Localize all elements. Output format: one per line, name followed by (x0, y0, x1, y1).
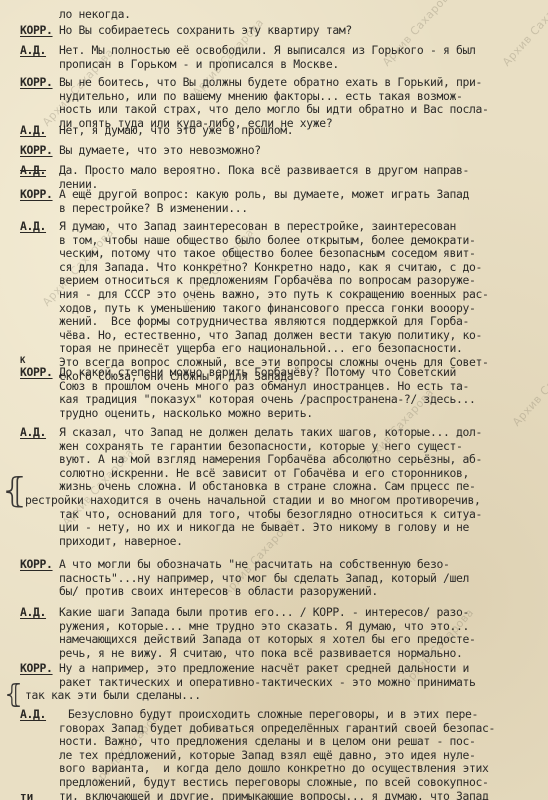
entry-text: А что могли бы обозначать "не расчитать … (59, 558, 540, 599)
entry-text: Нет, я думаю, что это уже в прошлом. (59, 124, 540, 138)
transcript-entry: КОРР. До какой степени можно верить Горб… (20, 366, 540, 420)
transcript-entry: А.Д. Я думаю, что Запад заинтересован в … (20, 220, 540, 383)
transcript-entry: А.Д. Какие шаги Запада были против его..… (20, 606, 540, 660)
entry-text: Я сказал, что Запад не должен делать так… (59, 426, 540, 548)
speaker-label: А.Д. (20, 708, 46, 722)
entry-text: А ещё другой вопрос: какую роль, вы дума… (59, 188, 540, 215)
speaker-label: КОРР. (20, 662, 53, 676)
entry-text: До какой степени можно верить Горбачёву?… (59, 366, 540, 420)
transcript-entry: КОРР. Вы думаете, что это невозможно? (20, 144, 540, 158)
margin-note-ti: ти (20, 790, 33, 800)
speaker-label: КОРР. (20, 366, 53, 380)
entry-text: Вы думаете, что это невозможно? (59, 144, 540, 158)
entry-text: Ну а например, это предложение насчёт ра… (59, 662, 540, 703)
speaker-label: КОРР. (20, 558, 53, 572)
speaker-label: КОРР. (20, 144, 53, 158)
transcript-entry: А.Д. Нет. Мы полностью её освободили. Я … (20, 44, 540, 71)
speaker-label: КОРР. (20, 76, 53, 90)
speaker-label: КОРР. (20, 188, 53, 202)
transcript-entry: КОРР. Но Вы собираетесь сохранить эту кв… (20, 24, 540, 38)
transcript-entry: А.Д. Нет, я думаю, что это уже в прошлом… (20, 124, 540, 138)
speaker-label: А.Д. (20, 426, 46, 440)
entry-text: Но Вы собираетесь сохранить эту квартиру… (59, 24, 540, 38)
transcript-entry: ло некогда. (20, 8, 540, 22)
transcript-entry: А.Д. Безусловно будут происходить сложны… (20, 708, 540, 800)
entry-text: Какие шаги Запада были против его... / К… (59, 606, 540, 660)
entry-text: Я думаю, что Запад заинтересован в перес… (59, 220, 540, 383)
speaker-label: А.Д. (20, 44, 46, 58)
transcript-entry: КОРР. А ещё другой вопрос: какую роль, в… (20, 188, 540, 215)
transcript-entry: КОРР. А что могли бы обозначать "не расч… (20, 558, 540, 599)
entry-text: Безусловно будут происходить сложные пер… (68, 708, 540, 800)
speaker-label: А.Д. (20, 164, 46, 178)
transcript-entry: КОРР. Ну а например, это предложение нас… (20, 662, 540, 703)
entry-text: ло некогда. (59, 8, 540, 22)
speaker-label: А.Д. (20, 124, 46, 138)
speaker-label: КОРР. (20, 24, 53, 38)
speaker-label: А.Д. (20, 220, 46, 234)
entry-text: Нет. Мы полностью её освободили. Я выпис… (59, 44, 540, 71)
handwritten-bracket-mark: ⦃ (4, 682, 23, 708)
document-page: Архив Сахарова Архив Сахарова Архив Саха… (0, 0, 548, 800)
transcript-entry: А.Д. Я сказал, что Запад не должен делат… (20, 426, 540, 548)
handwritten-bracket-mark: ⦃ (2, 474, 27, 508)
speaker-label: А.Д. (20, 606, 46, 620)
